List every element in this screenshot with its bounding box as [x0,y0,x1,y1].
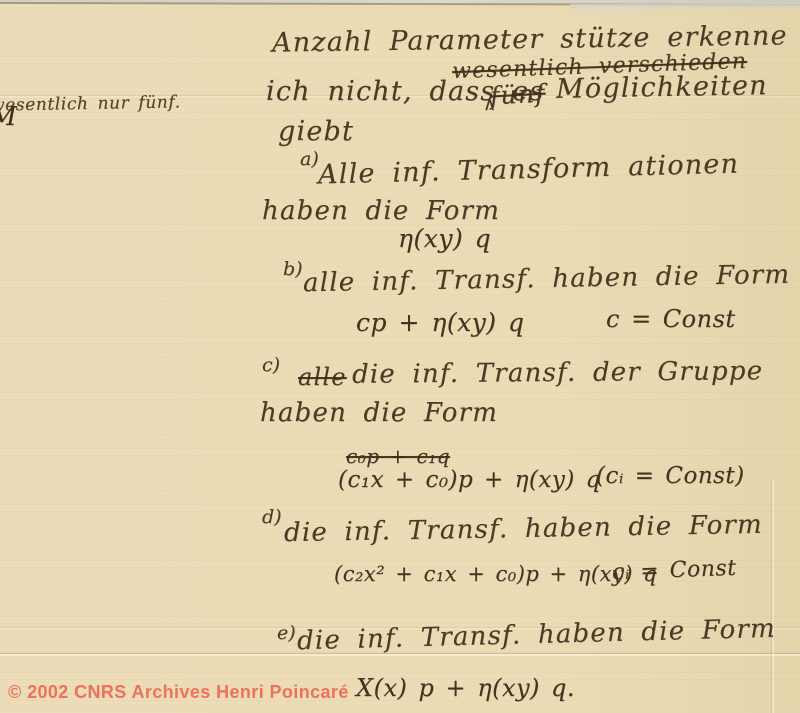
section-c-struck-formula: c₀p + c₁q [346,444,450,468]
paper-crease [772,480,774,713]
section-b-text: alle inf. Transf. haben die Form [303,260,791,299]
section-c-struck-word: alle [298,363,347,391]
section-c-constant: (cᵢ = Const) [596,463,745,489]
section-c-label: c) [262,354,280,376]
section-e-label: e) [277,622,296,644]
section-c-text-2: haben die Form [260,398,498,428]
insertion-caret: ∧ [483,94,497,115]
section-e-formula: X(x) p + η(xy) q. [356,674,575,702]
section-b-label: b) [283,258,303,280]
section-a-label: a) [300,148,319,170]
section-d-constant: cᵢ = Const [612,556,737,585]
section-d-text: die inf. Transf. haben die Form [284,510,763,548]
section-d-label: d) [262,506,282,528]
paper-top-edge-highlight [570,4,800,13]
ms-line-3: giebt [278,116,354,147]
ms-line-2-end: Möglichkeiten [556,70,768,105]
section-a-text: Alle inf. Transform ationen [318,148,740,190]
section-b-constant: c = Const [606,305,736,333]
paper-crease [0,654,800,656]
section-a-formula: η(xy) q [398,224,491,253]
manuscript-page: wesentlich nur fünf. M Anzahl Parameter … [0,0,800,713]
ms-line-2-struck-word: fünf [489,79,546,111]
copyright-watermark: © 2002 CNRS Archives Henri Poincaré [8,682,349,703]
section-a-text-2: haben die Form [262,196,500,226]
section-d-formula: (c₂x² + c₁x + c₀)p + η(xy) q [334,562,657,586]
section-c-formula: (c₁x + c₀)p + η(xy) q [338,467,601,493]
section-c-text: die inf. Transf. der Gruppe [352,356,763,390]
section-b-formula: cp + η(xy) q [356,308,525,337]
margin-mark: M [0,102,18,132]
margin-note: wesentlich nur fünf. [0,92,181,115]
section-e-text: die inf. Transf. haben die Form [297,614,777,657]
